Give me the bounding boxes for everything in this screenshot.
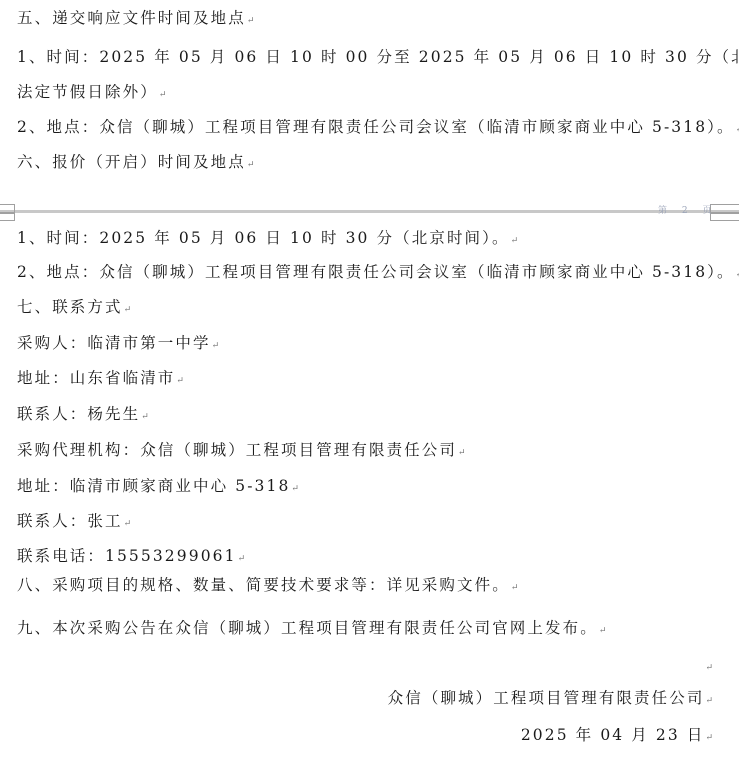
paragraph-mark-icon: ↵ bbox=[247, 160, 255, 170]
paragraph-line[interactable]: 法定节假日除外）↵ bbox=[17, 82, 166, 105]
paragraph-mark-icon: ↵ bbox=[291, 484, 299, 494]
paragraph-text: 2、地点：众信（聊城）工程项目管理有限责任公司会议室（临清市顾家商业中心 5-3… bbox=[17, 263, 735, 281]
paragraph-text: 2、地点：众信（聊城）工程项目管理有限责任公司会议室（临清市顾家商业中心 5-3… bbox=[17, 118, 735, 136]
signature-company[interactable]: 众信（聊城）工程项目管理有限责任公司↵ bbox=[388, 688, 713, 711]
empty-paragraph-mark: ↵ bbox=[704, 655, 713, 678]
paragraph-line[interactable]: 六、报价（开启）时间及地点↵ bbox=[17, 152, 254, 175]
paragraph-mark-icon: ↵ bbox=[124, 305, 132, 315]
paragraph-text: 1、时间：2025 年 05 月 06 日 10 时 30 分（北京时间）。 bbox=[17, 229, 510, 247]
paragraph-line[interactable]: 采购人：临清市第一中学↵ bbox=[17, 333, 219, 356]
paragraph-text: 七、联系方式 bbox=[17, 298, 123, 316]
paragraph-mark-icon: ↵ bbox=[736, 270, 739, 280]
paragraph-text: 采购代理机构：众信（聊城）工程项目管理有限责任公司 bbox=[17, 441, 457, 459]
paragraph-text: 1、时间：2025 年 05 月 06 日 10 时 00 分至 2025 年 … bbox=[17, 48, 739, 66]
paragraph-mark-icon: ↵ bbox=[238, 554, 246, 564]
paragraph-line[interactable]: 1、时间：2025 年 05 月 06 日 10 时 30 分（北京时间）。↵ bbox=[17, 228, 518, 251]
paragraph-line[interactable]: 联系电话：15553299061↵ bbox=[17, 546, 245, 569]
paragraph-text: 联系电话：15553299061 bbox=[17, 547, 237, 565]
page-corner-mark-left-bottom bbox=[0, 213, 15, 221]
paragraph-text: 五、递交响应文件时间及地点 bbox=[17, 9, 246, 27]
paragraph-text: 地址：临清市顾家商业中心 5-318 bbox=[17, 477, 290, 495]
paragraph-mark-icon: ↵ bbox=[124, 519, 132, 529]
paragraph-text: 法定节假日除外） bbox=[17, 83, 158, 101]
paragraph-mark-icon: ↵ bbox=[247, 16, 255, 26]
paragraph-line[interactable]: 联系人：张工↵ bbox=[17, 511, 131, 534]
paragraph-mark-icon: ↵ bbox=[212, 341, 220, 351]
page-number-label: 第 2 页 bbox=[658, 203, 717, 216]
paragraph-line[interactable]: 五、递交响应文件时间及地点↵ bbox=[17, 8, 254, 31]
paragraph-line[interactable]: 地址：临清市顾家商业中心 5-318↵ bbox=[17, 476, 299, 499]
paragraph-line[interactable]: 采购代理机构：众信（聊城）工程项目管理有限责任公司↵ bbox=[17, 440, 466, 463]
paragraph-line[interactable]: 地址：山东省临清市↵ bbox=[17, 368, 184, 391]
paragraph-line[interactable]: 2、地点：众信（聊城）工程项目管理有限责任公司会议室（临清市顾家商业中心 5-3… bbox=[17, 262, 739, 285]
paragraph-text: 联系人：杨先生 bbox=[17, 405, 140, 423]
paragraph-mark-icon: ↵ bbox=[176, 376, 184, 386]
paragraph-text: 八、采购项目的规格、数量、简要技术要求等：详见采购文件。 bbox=[17, 576, 510, 594]
paragraph-mark-icon: ↵ bbox=[736, 125, 739, 135]
paragraph-line[interactable]: 八、采购项目的规格、数量、简要技术要求等：详见采购文件。↵ bbox=[17, 575, 518, 598]
paragraph-line[interactable]: 七、联系方式↵ bbox=[17, 297, 131, 320]
page-corner-mark-left-top bbox=[0, 204, 15, 213]
paragraph-mark-icon: ↵ bbox=[705, 733, 713, 743]
paragraph-mark-icon: ↵ bbox=[599, 626, 607, 636]
paragraph-text: 采购人：临清市第一中学 bbox=[17, 334, 211, 352]
paragraph-mark-icon: ↵ bbox=[141, 412, 149, 422]
signature-date[interactable]: 2025 年 04 月 23 日↵ bbox=[521, 725, 713, 748]
paragraph-mark-icon: ↵ bbox=[159, 90, 167, 100]
page-break-divider bbox=[0, 210, 739, 213]
paragraph-text: 九、本次采购公告在众信（聊城）工程项目管理有限责任公司官网上发布。 bbox=[17, 619, 598, 637]
paragraph-mark-icon: ↵ bbox=[705, 696, 713, 706]
paragraph-line[interactable]: 2、地点：众信（聊城）工程项目管理有限责任公司会议室（临清市顾家商业中心 5-3… bbox=[17, 117, 739, 140]
paragraph-mark-icon: ↵ bbox=[458, 448, 466, 458]
paragraph-mark-icon: ↵ bbox=[511, 583, 519, 593]
paragraph-text: 联系人：张工 bbox=[17, 512, 123, 530]
paragraph-mark-icon: ↵ bbox=[511, 236, 519, 246]
paragraph-text: 地址：山东省临清市 bbox=[17, 369, 175, 387]
paragraph-mark-icon: ↵ bbox=[705, 663, 713, 673]
paragraph-line[interactable]: 1、时间：2025 年 05 月 06 日 10 时 00 分至 2025 年 … bbox=[17, 47, 739, 70]
paragraph-text: 六、报价（开启）时间及地点 bbox=[17, 153, 246, 171]
paragraph-line[interactable]: 联系人：杨先生↵ bbox=[17, 404, 149, 427]
paragraph-line[interactable]: 九、本次采购公告在众信（聊城）工程项目管理有限责任公司官网上发布。↵ bbox=[17, 618, 606, 641]
